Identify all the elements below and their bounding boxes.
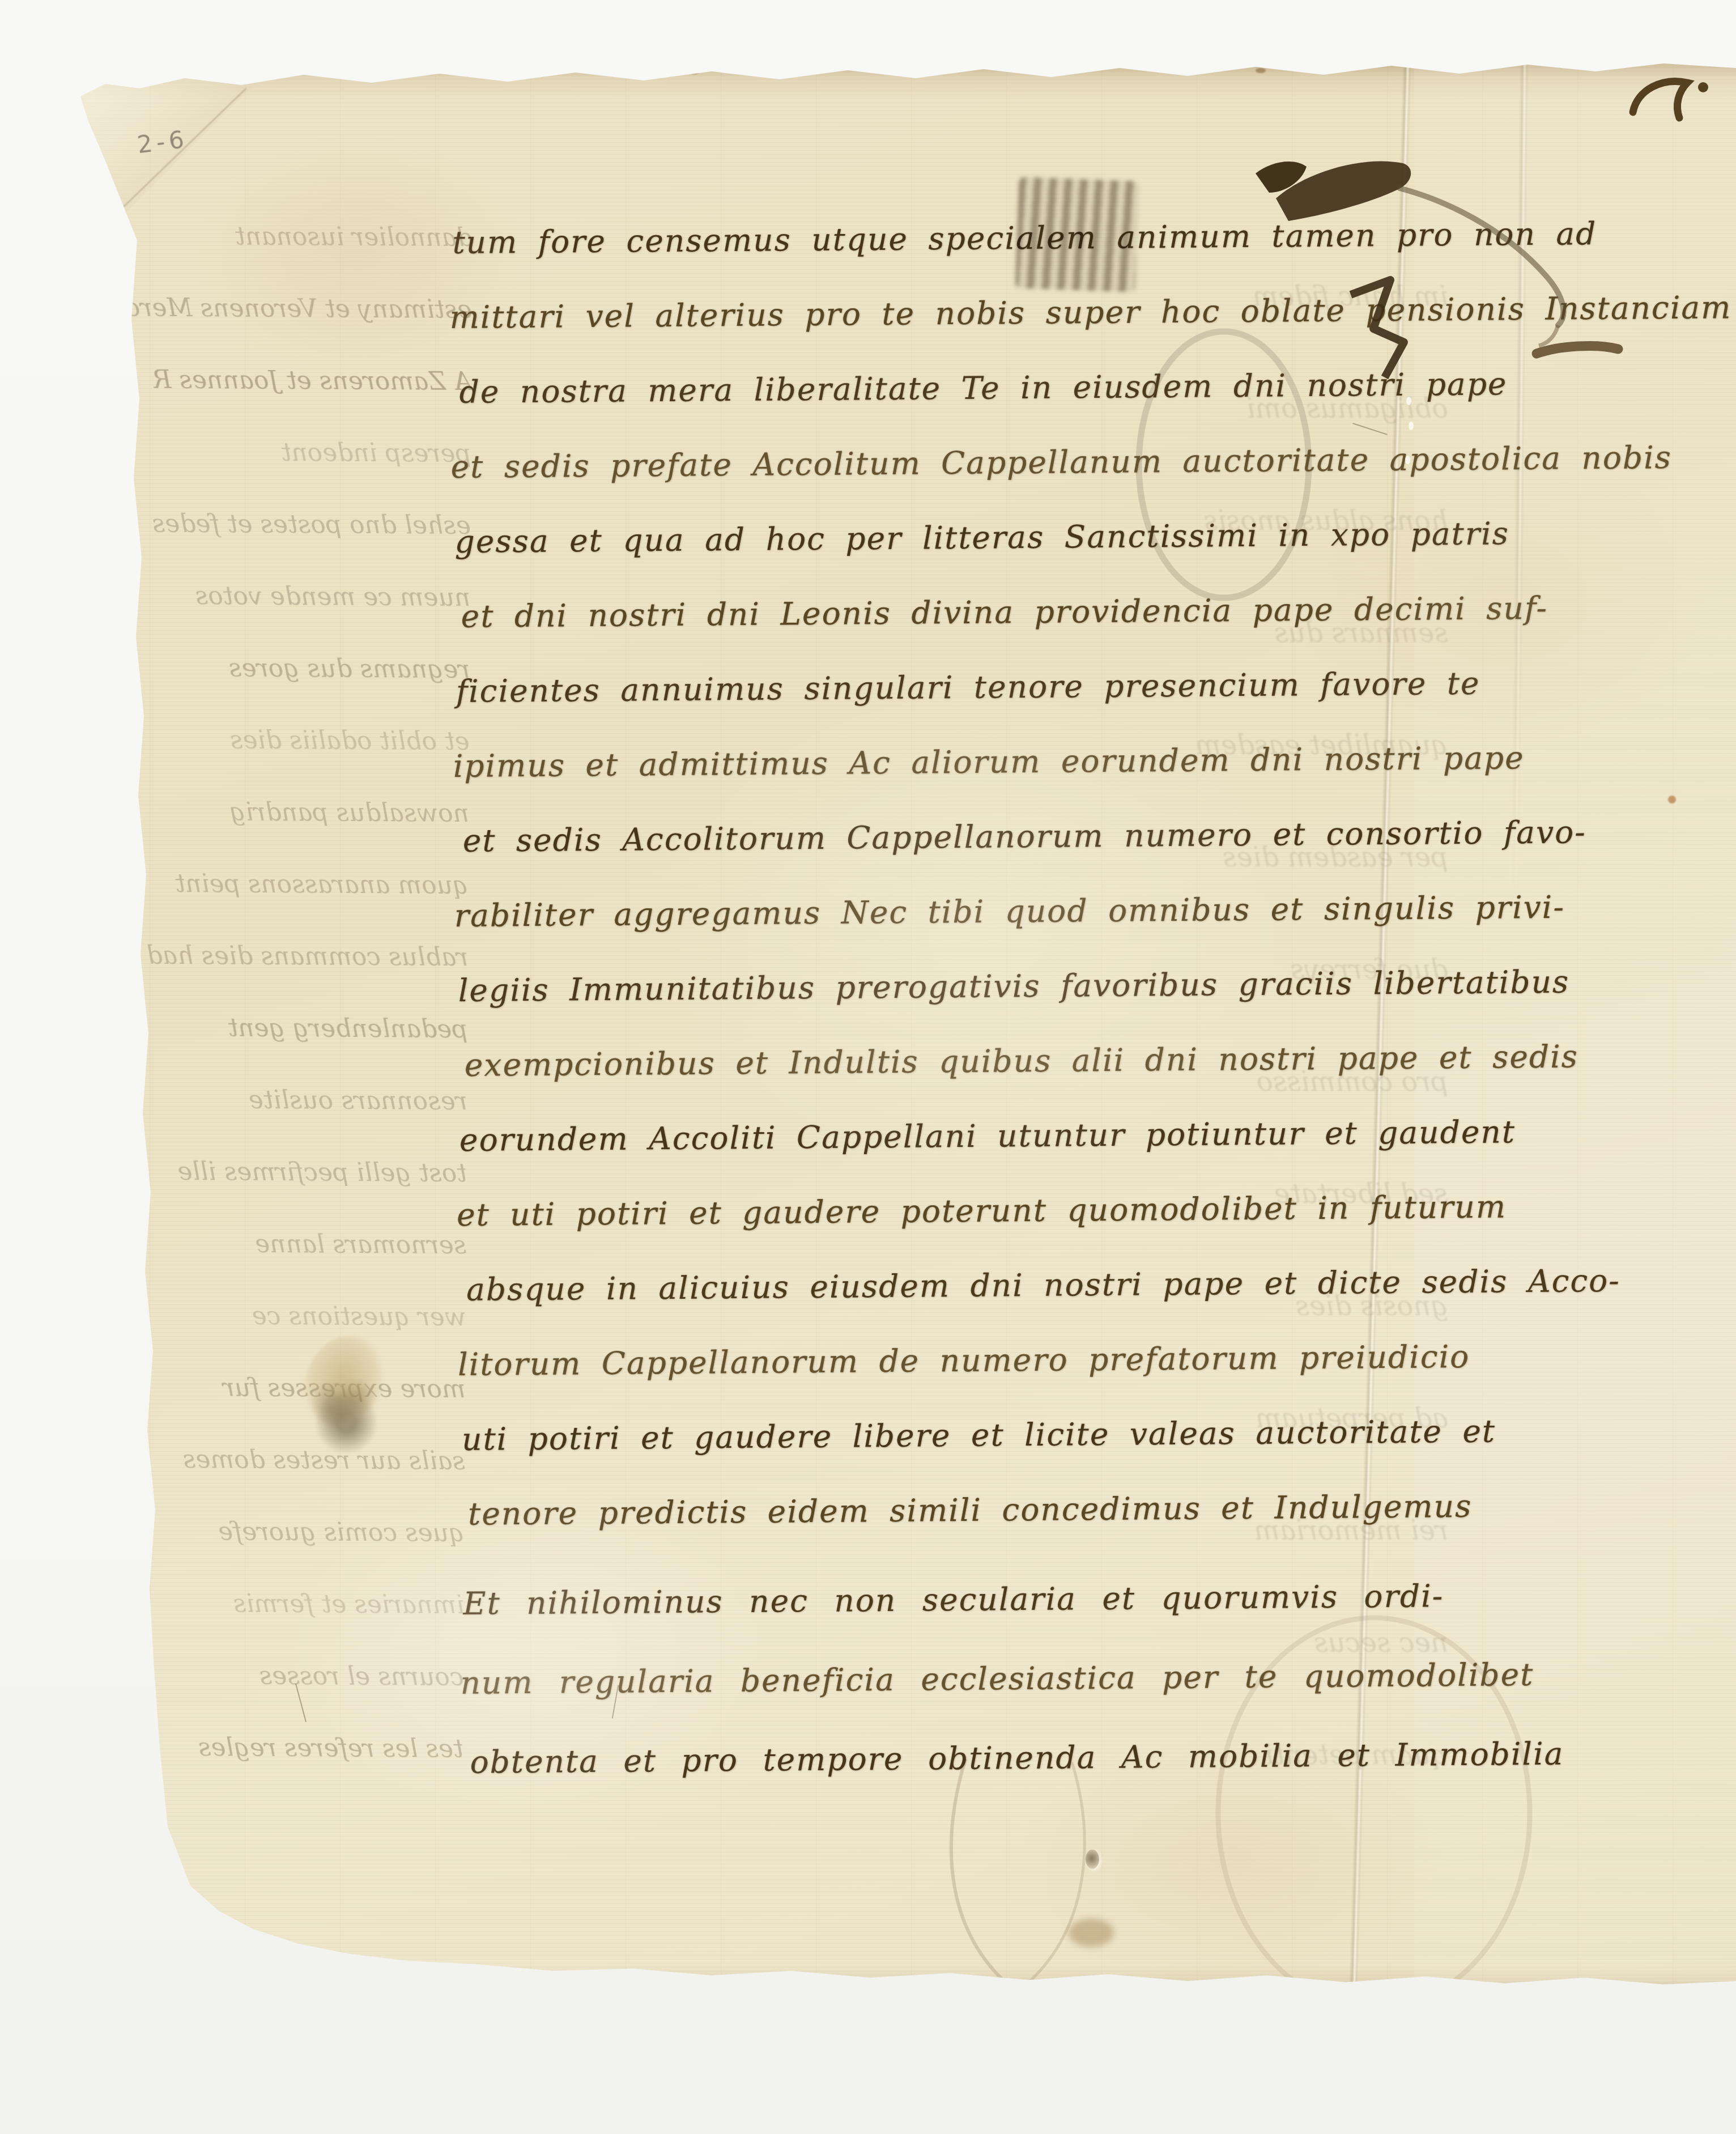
showthrough-line: courns el rosses <box>88 1639 464 1713</box>
text-line: et uti potiri et gaudere poterunt quomod… <box>456 1168 1703 1252</box>
crease-abrasion-fleck <box>1409 422 1414 430</box>
showthrough-line: et oblit odaliis dies <box>73 703 470 777</box>
showthrough-line: rablus commans dies had <box>71 919 469 993</box>
text-line: Et nihilominus nec non secularia et quor… <box>463 1557 1707 1641</box>
text-line: tenore predictis eidem simili concedimus… <box>468 1467 1706 1551</box>
showthrough-line: imnaries et fermis <box>67 1567 465 1641</box>
text-line: exempcionibus et Indultis quibus alii dn… <box>464 1018 1702 1103</box>
showthrough-line: dannolier iusonant <box>80 199 473 274</box>
showthrough-line: resonnars ouslite <box>75 1063 467 1137</box>
showthrough-line: tes les referes regles <box>71 1711 463 1785</box>
ink-smudge <box>1015 177 1139 292</box>
showthrough-line: pedanlenberg gent <box>92 991 468 1065</box>
text-line: eorundem Accoliti Cappellani utuntur pot… <box>459 1093 1703 1177</box>
paper-damage-nick <box>1086 1850 1099 1869</box>
stain <box>1069 1919 1114 1947</box>
text-line: legiis Immunitatibus prerogativis favori… <box>458 943 1701 1028</box>
text-line: ficientes annuimus singulari tenore pres… <box>456 644 1699 729</box>
text-line: de nostra mera liberalitate Te in eiusde… <box>459 345 1697 430</box>
paper-edge-left-browning <box>54 59 91 1995</box>
crease-abrasion-fleck <box>1405 456 1410 464</box>
text-line: gessa et qua ad hoc per litteras Sanctis… <box>454 495 1698 579</box>
showthrough-line: regnams dus gores <box>78 631 470 705</box>
text-line: ipimus et admittimus Ac aliorum eorundem… <box>453 719 1700 804</box>
verso-showthrough-left-margin: dannolier iusonant estimany et Veronens … <box>66 199 473 1785</box>
pencil-annotation: 2-6 <box>135 125 189 159</box>
text-line: et dni nostri dni Leonis divina providen… <box>461 569 1699 654</box>
edge-speck <box>1256 68 1266 73</box>
showthrough-line: wer questions ce <box>74 1279 466 1353</box>
text-line: obtenta et pro tempore obtinenda Ac mobi… <box>470 1715 1708 1800</box>
paper-edge-top-browning <box>54 59 1736 100</box>
crease-abrasion-fleck <box>1406 397 1411 405</box>
showthrough-line: more expresses fur <box>69 1351 466 1425</box>
text-line: et sedis prefate Accolitum Cappellanum a… <box>450 420 1697 504</box>
showthrough-line: tost gelli pecfirmes ille <box>70 1135 467 1209</box>
showthrough-line: ques comis guorefe <box>73 1495 465 1569</box>
paper-edge-bottom-browning <box>54 1965 1736 1995</box>
edge-speck <box>689 69 699 74</box>
text-line: absque in alicuius eiusdem dni nostri pa… <box>466 1243 1704 1327</box>
showthrough-line: eshel dno postes et fedes <box>74 487 471 562</box>
manuscript-text-block: tum fore censemus utque specialem animum… <box>449 195 1708 1800</box>
scanner-background: dannolier iusonant estimany et Veronens … <box>0 0 1736 2134</box>
text-line: rabiliter aggregamus Nec tibi quod omnib… <box>454 869 1701 953</box>
text-line: litorum Cappellanorum de numero prefator… <box>458 1317 1705 1402</box>
paper-sheet: dannolier iusonant estimany et Veronens … <box>54 59 1736 1995</box>
showthrough-line: nowsaldus pandrig <box>94 775 470 849</box>
text-line: et sedis Accolitorum Cappellanorum numer… <box>462 794 1700 878</box>
text-line: num regularia beneficia ecclesiastica pe… <box>460 1636 1707 1720</box>
showthrough-line: estimany et Veronens Mercy <box>75 271 473 346</box>
text-line: uti potiri et gaudere libere et licite v… <box>462 1392 1705 1477</box>
showthrough-line: sails aur restes domes <box>90 1423 466 1497</box>
showthrough-line: quom anarassons peint <box>76 847 469 921</box>
showthrough-line: sernomars lanne <box>91 1207 467 1281</box>
showthrough-line: A Zamorens et Joannes R <box>96 343 472 418</box>
showthrough-line: nuem ce mende votos <box>95 559 471 634</box>
edge-speck <box>944 66 954 71</box>
showthrough-line: peresp indeont <box>79 415 471 490</box>
